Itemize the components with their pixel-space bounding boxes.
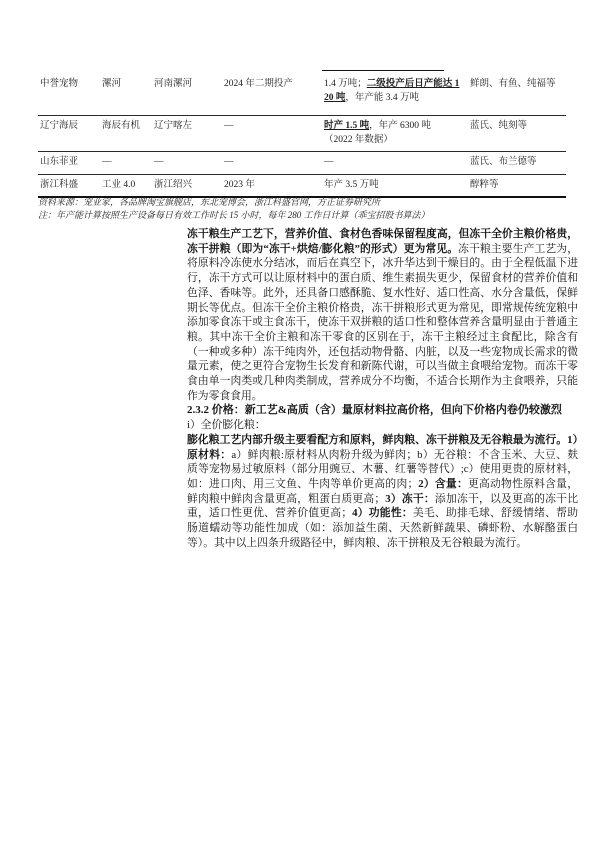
- cell-plant: 海辰有机: [100, 116, 152, 152]
- cell-capacity: —: [322, 152, 468, 175]
- table-row: 浙江科盛 工业 4.0 浙江绍兴 2023 年 年产 3.5 万吨 醇粹等: [38, 174, 566, 197]
- cell-brands: 蓝氏、纯刻等: [468, 116, 566, 152]
- cell-capacity: 1.4 万吨；二级投产后日产能达 120 吨，年产能 3.4 万吨: [322, 66, 468, 116]
- report-page: 中誉宠物 漯河 河南漯河 2024 年二期投产 1.4 万吨；二级投产后日产能达…: [0, 0, 600, 847]
- paragraph-body: 冻干粮主要生产工艺为，将原料冷冻使水分结冰，而后在真空下，冰升华达到干燥目的。由…: [187, 243, 578, 402]
- cell-company: 中誉宠物: [38, 66, 100, 116]
- capacity-text: （2022 年数据）: [324, 135, 393, 145]
- upgrade-label: 2）含量：: [418, 478, 468, 490]
- cell-location: —: [152, 152, 222, 175]
- cell-capacity: 时产 1.5 吨，年产 6300 吨 （2022 年数据）: [322, 116, 468, 152]
- source-note: 资料来源：宠业家，各品牌淘宝旗舰店，东北宠博会，浙江科盛官网，方正证券研究所: [38, 196, 578, 209]
- cell-time: —: [222, 152, 322, 175]
- table-row: 中誉宠物 漯河 河南漯河 2024 年二期投产 1.4 万吨；二级投产后日产能达…: [38, 66, 566, 116]
- cell-location: 浙江绍兴: [152, 174, 222, 197]
- capacity-text: 1.4 万吨；: [324, 79, 367, 89]
- cell-company: 山东菲亚: [38, 152, 100, 175]
- cell-plant: 漯河: [100, 66, 152, 116]
- table-footnotes: 资料来源：宠业家，各品牌淘宝旗舰店，东北宠博会，浙江科盛官网，方正证券研究所 注…: [38, 196, 578, 222]
- cell-brands: 蓝氏、布兰德等: [468, 152, 566, 175]
- body-text-column: 冻干粮生产工艺下，营养价值、食材色香味保留程度高，但冻干全价主粮价格贵，冻干拼粮…: [187, 227, 578, 550]
- cell-company: 辽宁海辰: [38, 116, 100, 152]
- capacity-highlight: 时产 1.5 吨: [324, 121, 369, 131]
- capacity-text: ，年产 6300 吨: [369, 121, 431, 131]
- table-rule-fragment: [322, 70, 444, 71]
- table-row: 辽宁海辰 海辰有机 辽宁喀左 — 时产 1.5 吨，年产 6300 吨 （202…: [38, 116, 566, 152]
- section-heading: 2.3.2 价格：新工艺&高质（含）量原材料拉高价格，但向下价格内卷仍较激烈: [187, 403, 578, 418]
- paragraph-freeze-dry: 冻干粮生产工艺下，营养价值、食材色香味保留程度高，但冻干全价主粮价格贵，冻干拼粮…: [187, 227, 578, 403]
- paragraph-puffed-food: 膨化粮工艺内部升级主要看配方和原料，鲜肉粮、冻干拼粮及无谷粮最为流行。1）原材料…: [187, 433, 578, 551]
- cell-brands: 鲜朗、有鱼、纯福等: [468, 66, 566, 116]
- cell-brands: 醇粹等: [468, 174, 566, 197]
- cell-capacity: 年产 3.5 万吨: [322, 174, 468, 197]
- section-subitem: i）全价膨化粮：: [187, 418, 578, 433]
- cell-plant: 工业 4.0: [100, 174, 152, 197]
- capacity-table: 中誉宠物 漯河 河南漯河 2024 年二期投产 1.4 万吨；二级投产后日产能达…: [38, 66, 566, 198]
- cell-location: 河南漯河: [152, 66, 222, 116]
- cell-time: 2023 年: [222, 174, 322, 197]
- method-note: 注：年产能计算按照生产设备每日有效工作时长 15 小时，每年 280 工作日计算…: [38, 209, 578, 222]
- table-row: 山东菲亚 — — — — 蓝氏、布兰德等: [38, 152, 566, 175]
- cell-plant: —: [100, 152, 152, 175]
- capacity-text: ，年产能 3.4 万吨: [345, 93, 419, 103]
- cell-company: 浙江科盛: [38, 174, 100, 197]
- upgrade-label: 3）冻干：: [385, 493, 435, 505]
- upgrade-label: 4）功能性：: [352, 507, 413, 519]
- paragraph-lead-bold: 膨化粮工艺内部升级主要看配方和原料，鲜肉粮、冻干拼粮及无谷粮最为流行。: [187, 434, 567, 446]
- cell-location: 辽宁喀左: [152, 116, 222, 152]
- cell-time: 2024 年二期投产: [222, 66, 322, 116]
- cell-time: —: [222, 116, 322, 152]
